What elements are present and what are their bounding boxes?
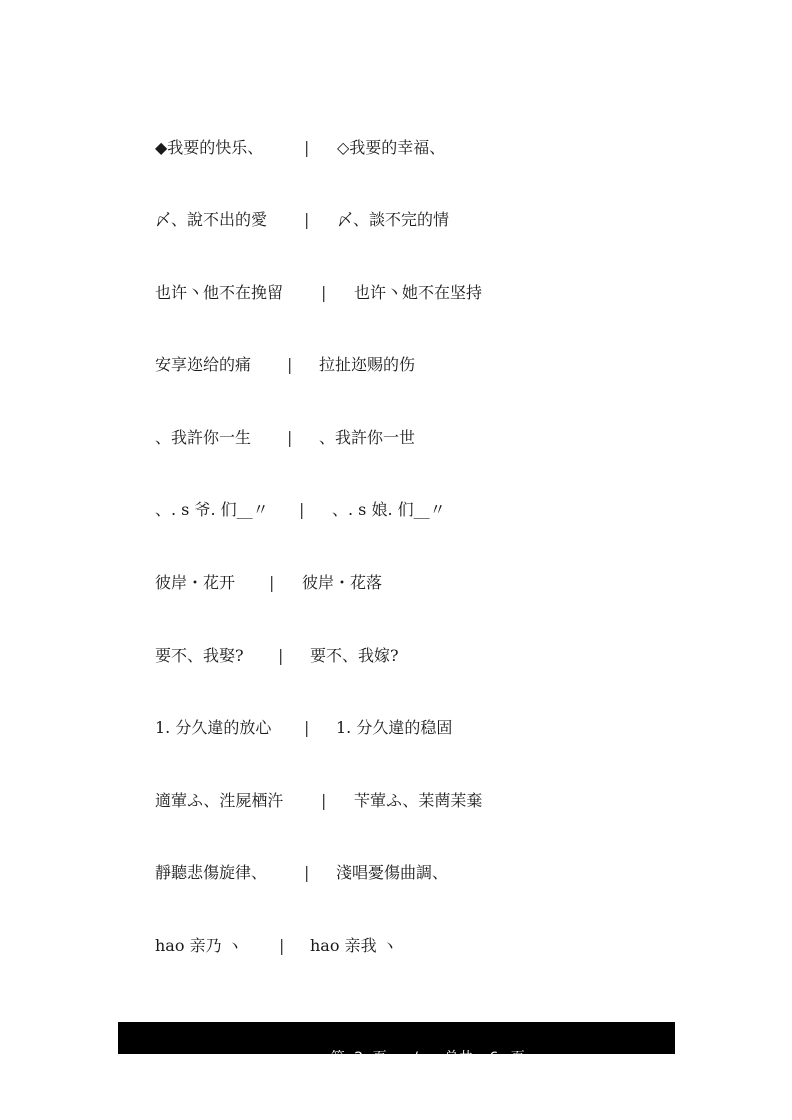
- line-left-text: 、我許你一生: [155, 425, 251, 451]
- text-line: 彼岸・花开 | 彼岸・花落: [0, 570, 792, 596]
- line-right-text: 、我許你一世: [319, 425, 415, 451]
- line-separator: |: [304, 207, 309, 233]
- text-line: hao 亲乃 ヽ | hao 亲我 ヽ: [0, 933, 792, 959]
- line-left-text: ◆我要的快乐、: [155, 135, 263, 161]
- line-separator: |: [321, 788, 326, 814]
- line-separator: |: [304, 715, 309, 741]
- line-left-text: 也许丶他不在挽留: [155, 280, 283, 306]
- page-suffix: 页: [373, 1046, 388, 1070]
- line-left-text: 1. 分久違的放心: [155, 715, 271, 741]
- text-line: 要不、我娶? | 要不、我嫁?: [0, 643, 792, 669]
- text-line: 適葷ふ、泩屍梄汻 | 苄葷ふ、苿菵苿棄: [0, 788, 792, 814]
- line-separator: |: [304, 135, 309, 161]
- line-right-text: ◇我要的幸福、: [337, 135, 445, 161]
- line-right-text: 〆、談不完的情: [337, 207, 449, 233]
- line-separator: |: [278, 643, 283, 669]
- page-prefix: 第: [331, 1046, 346, 1070]
- line-left-text: 要不、我娶?: [155, 643, 244, 669]
- line-right-text: 要不、我嫁?: [310, 643, 399, 669]
- line-right-text: hao 亲我 ヽ: [310, 933, 398, 959]
- text-line: 安享迩给的痛 | 拉扯迩赐的伤: [0, 352, 792, 378]
- page-indicator: 第2页/总共6页: [301, 1022, 525, 1094]
- line-left-text: 、. s 爷. 们__〃: [155, 497, 269, 523]
- total-pages-number: 6: [489, 1046, 498, 1070]
- text-line: 〆、說不出的愛 | 〆、談不完的情: [0, 207, 792, 233]
- text-line: 、. s 爷. 们__〃 | 、. s 娘. 们__〃: [0, 497, 792, 523]
- line-separator: |: [304, 860, 309, 886]
- line-left-text: 適葷ふ、泩屍梄汻: [155, 788, 283, 814]
- line-right-text: 1. 分久違的稳固: [336, 715, 452, 741]
- line-left-text: 〆、說不出的愛: [155, 207, 267, 233]
- page-divider: /: [413, 1046, 418, 1070]
- total-suffix: 页: [511, 1046, 526, 1070]
- document-page: ◆我要的快乐、 | ◇我要的幸福、 〆、說不出的愛 | 〆、談不完的情 也许丶他…: [0, 0, 792, 1120]
- line-left-text: 安享迩给的痛: [155, 352, 251, 378]
- line-left-text: 靜聽悲傷旋律、: [155, 860, 267, 886]
- text-line: 靜聽悲傷旋律、 | 淺唱憂傷曲調、: [0, 860, 792, 886]
- line-right-text: 也许丶她不在坚持: [354, 280, 482, 306]
- text-line: 1. 分久違的放心 | 1. 分久違的稳固: [0, 715, 792, 741]
- total-prefix: 总共: [444, 1046, 473, 1070]
- text-line: 也许丶他不在挽留 | 也许丶她不在坚持: [0, 280, 792, 306]
- line-separator: |: [279, 933, 284, 959]
- page-footer-bar: 第2页/总共6页: [118, 1022, 675, 1054]
- line-separator: |: [321, 280, 326, 306]
- line-separator: |: [269, 570, 274, 596]
- line-right-text: 、. s 娘. 们__〃: [332, 497, 446, 523]
- line-separator: |: [287, 425, 292, 451]
- line-right-text: 苄葷ふ、苿菵苿棄: [354, 788, 482, 814]
- text-line: 、我許你一生 | 、我許你一世: [0, 425, 792, 451]
- text-line: ◆我要的快乐、 | ◇我要的幸福、: [0, 135, 792, 161]
- line-left-text: 彼岸・花开: [155, 570, 235, 596]
- line-right-text: 彼岸・花落: [302, 570, 382, 596]
- line-right-text: 淺唱憂傷曲調、: [336, 860, 448, 886]
- current-page-number: 2: [354, 1046, 363, 1070]
- line-left-text: hao 亲乃 ヽ: [155, 933, 243, 959]
- line-right-text: 拉扯迩赐的伤: [319, 352, 415, 378]
- line-separator: |: [287, 352, 292, 378]
- line-separator: |: [299, 497, 304, 523]
